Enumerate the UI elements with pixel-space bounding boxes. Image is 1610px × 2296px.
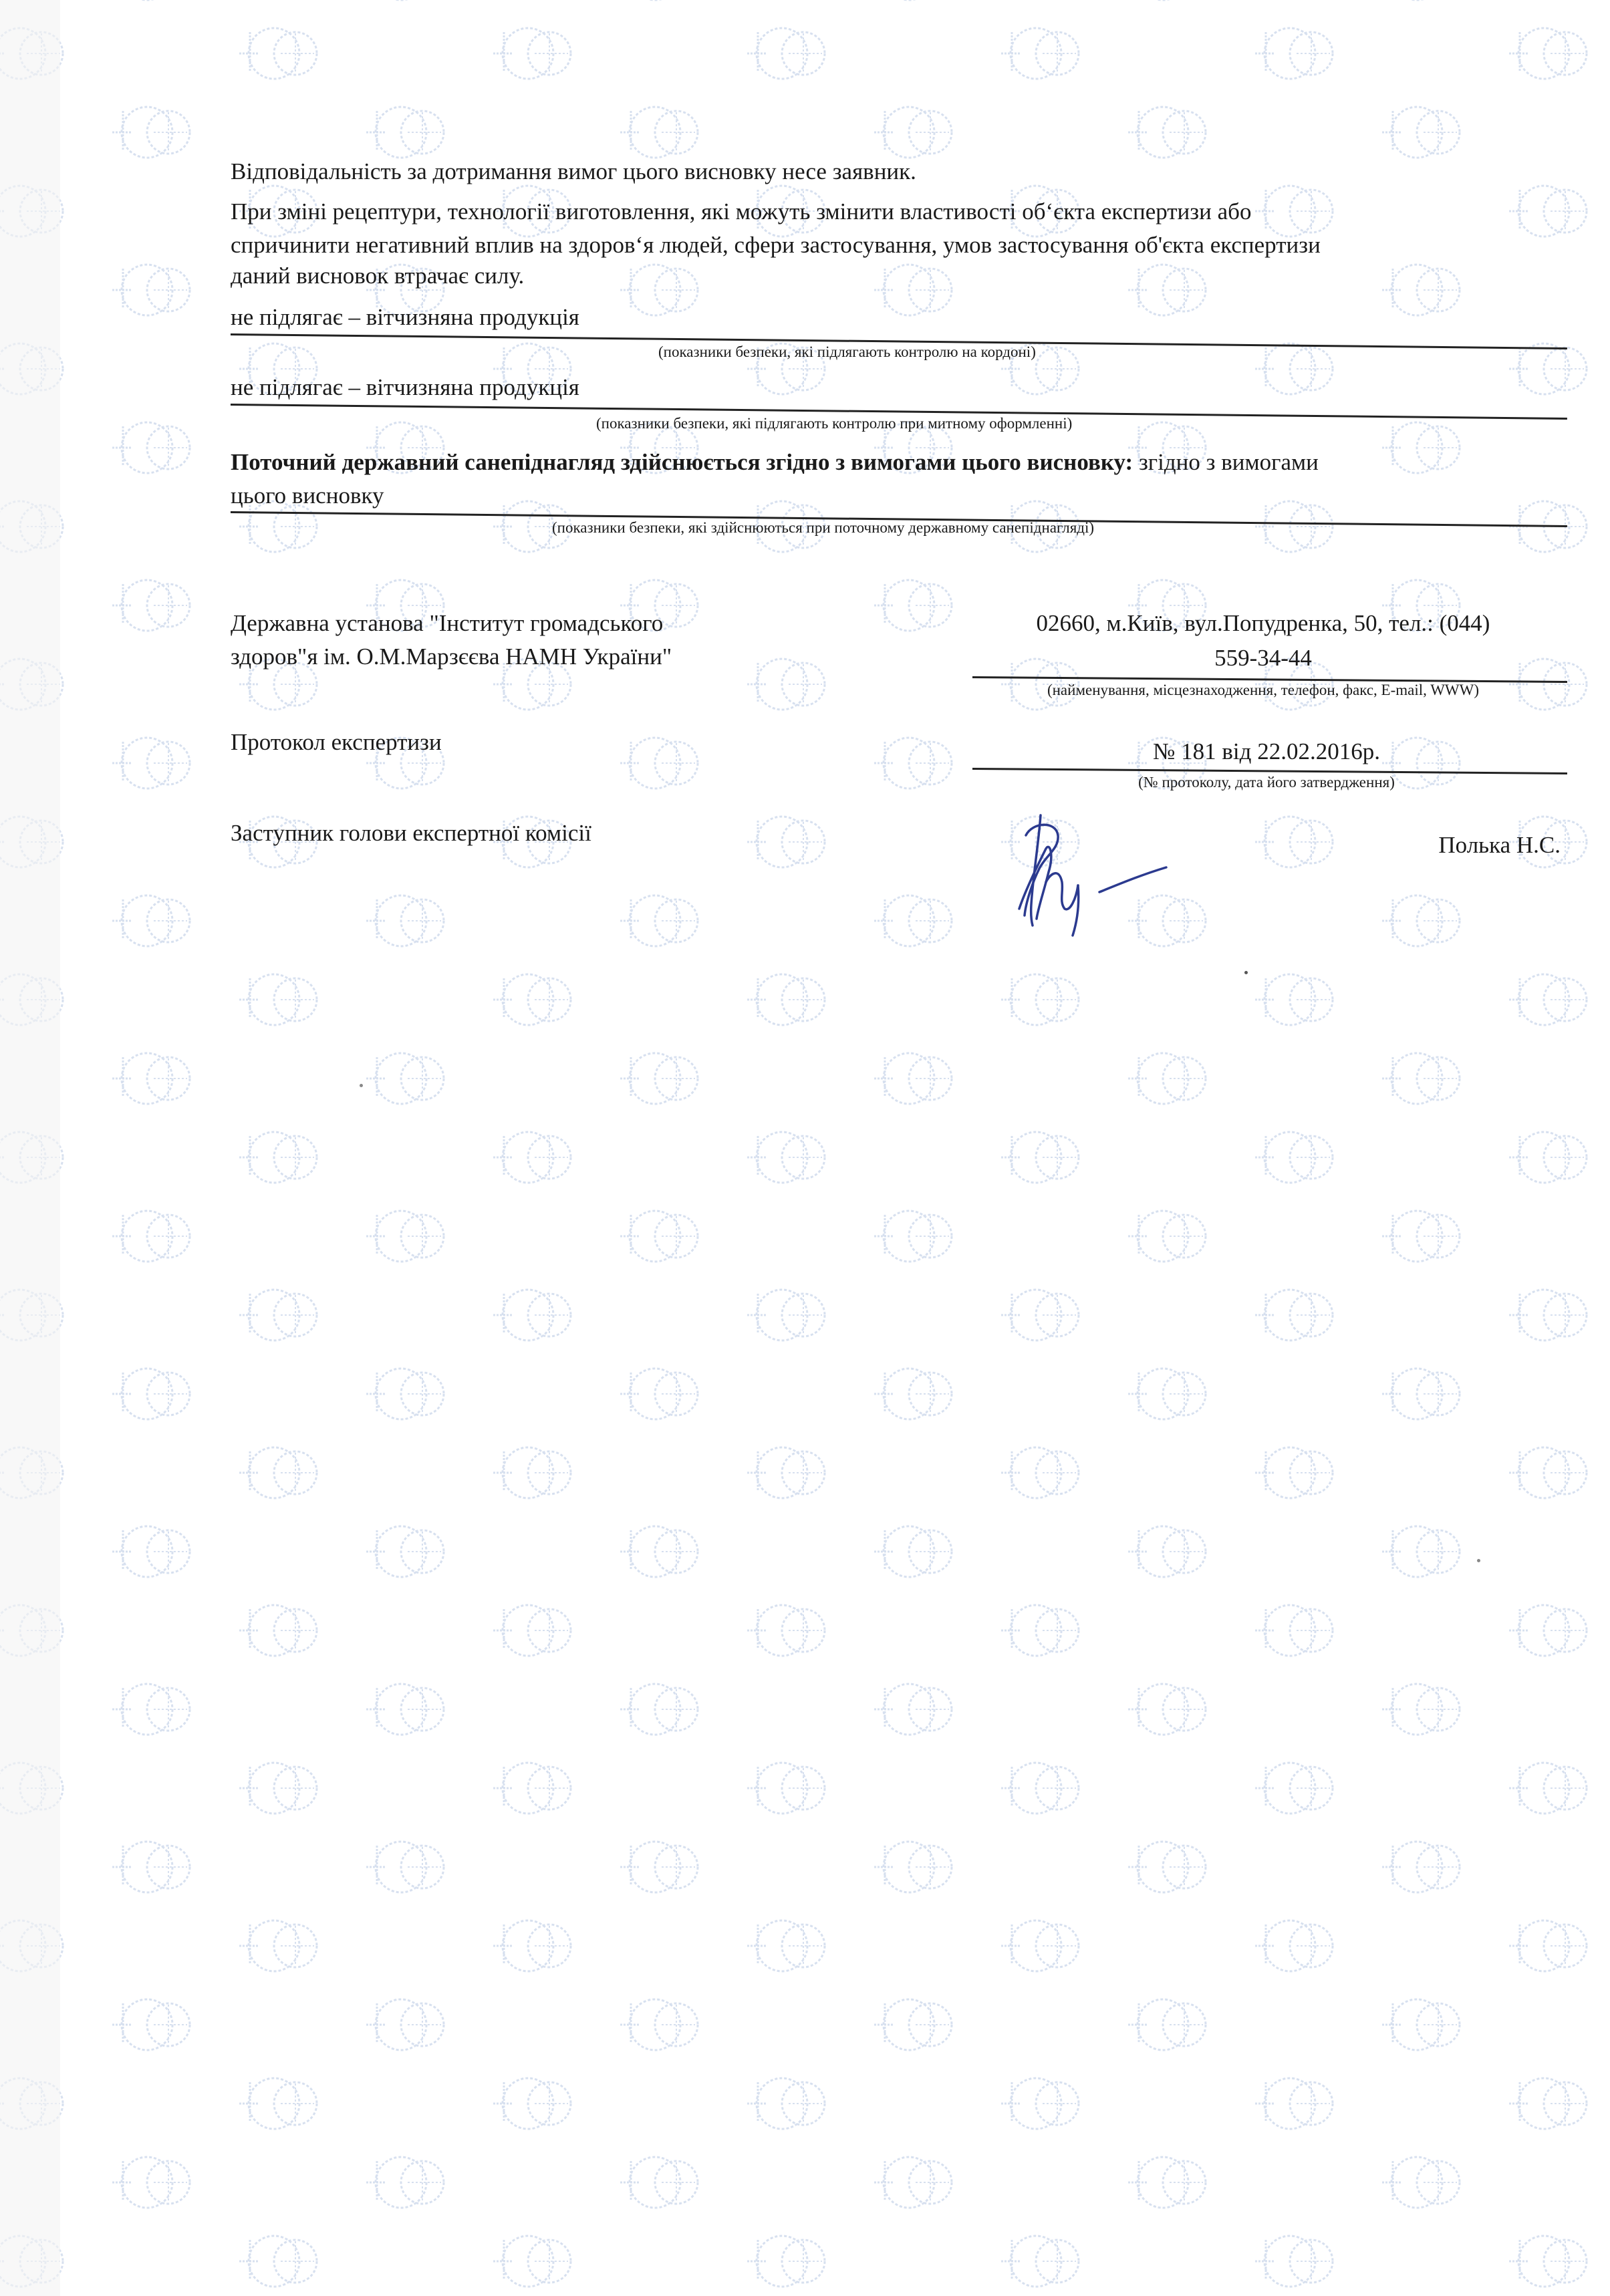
- supervision-line-1: Поточний державний санепіднагляд здійсню…: [231, 446, 1319, 479]
- institution-address-line-2: 559-34-44: [972, 641, 1554, 675]
- protocol-caption: (№ протоколу, дата його затвердження): [972, 772, 1561, 793]
- customs-control-value: не підлягає – вітчизняна продукція: [231, 371, 579, 404]
- scan-speck: [1244, 971, 1248, 974]
- signatory-name: Полька Н.С.: [1323, 829, 1561, 862]
- supervision-value-part-1: згідно з вимогами: [1139, 449, 1319, 475]
- signatory-position: Заступник голови експертної комісії: [231, 817, 591, 850]
- signature-icon: [1006, 809, 1260, 942]
- institution-address-line-1: 02660, м.Київ, вул.Попудренка, 50, тел.:…: [972, 607, 1554, 640]
- institution-name-line-2: здоров"я ім. О.М.Марзєєва НАМН України": [231, 640, 672, 674]
- validity-note-line-1: При зміні рецептури, технології виготовл…: [231, 195, 1251, 229]
- protocol-label: Протокол експертизи: [231, 726, 442, 759]
- institution-caption: (найменування, місцезнаходження, телефон…: [972, 680, 1554, 700]
- scan-speck: [360, 1084, 363, 1087]
- protocol-value: № 181 від 22.02.2016р.: [972, 735, 1561, 768]
- border-control-value: не підлягає – вітчизняна продукція: [231, 301, 579, 334]
- supervision-value-part-2: цього висновку: [231, 479, 384, 513]
- customs-control-caption: (показники безпеки, які підлягають контр…: [596, 414, 1072, 434]
- supervision-caption: (показники безпеки, які здійснюються при…: [552, 518, 1094, 538]
- border-control-caption: (показники безпеки, які підлягають контр…: [658, 342, 1036, 362]
- scan-speck: [1477, 1559, 1480, 1562]
- responsibility-statement: Відповідальність за дотримання вимог цьо…: [231, 155, 916, 188]
- validity-note-line-2: спричинити негативний вплив на здоров‘я …: [231, 229, 1321, 262]
- supervision-label: Поточний державний санепіднагляд здійсню…: [231, 449, 1133, 475]
- institution-name-line-1: Державна установа "Інститут громадського: [231, 607, 663, 640]
- document-page: Відповідальність за дотримання вимог цьо…: [0, 0, 1610, 2296]
- validity-note-line-3: даний висновок втрачає силу.: [231, 259, 524, 293]
